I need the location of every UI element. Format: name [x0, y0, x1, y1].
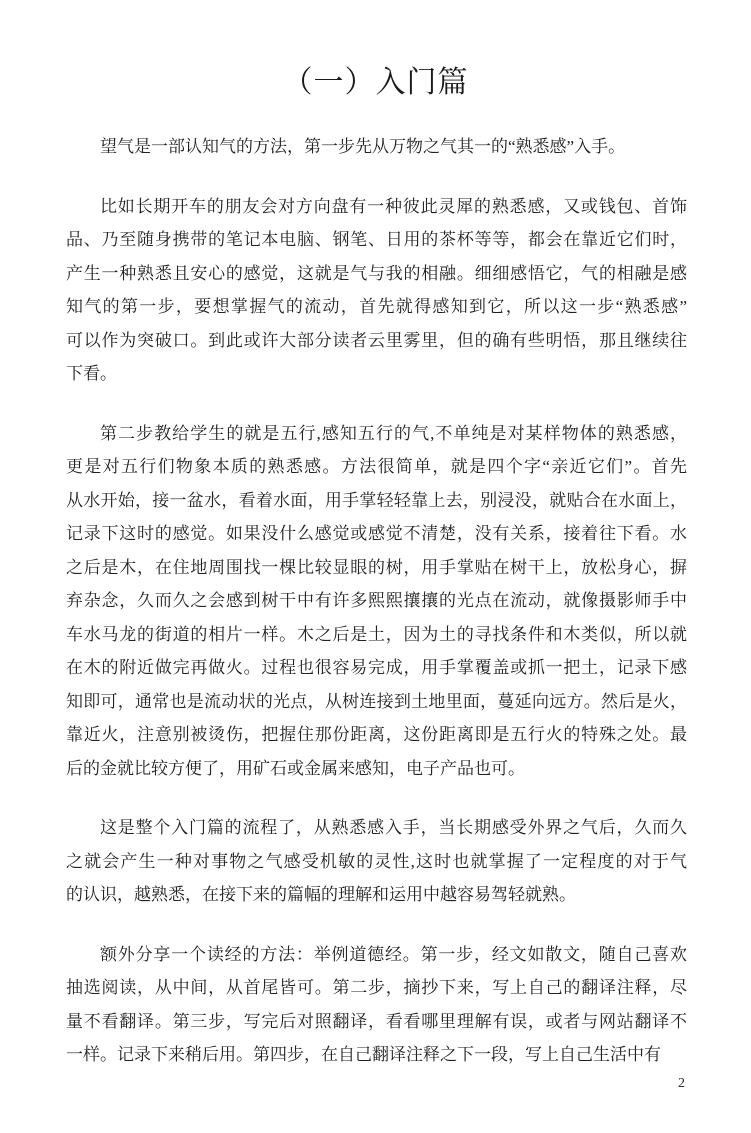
document-page: （一）入门篇 望气是一部认知气的方法，第一步先从万物之气其一的“熟悉感”入手。比… — [0, 0, 751, 1133]
page-title: （一）入门篇 — [0, 0, 751, 103]
text-line: 一样。记录下来稍后用。第四步，在自己翻译注释之下一段，写上自己生活中有 — [66, 1038, 687, 1072]
text-line: 从水开始，接一盆水，看着水面，用手掌轻轻靠上去，别浸没，就贴合在水面上， — [66, 484, 687, 518]
text-line: 靠近火，注意别被烫伤，把握住那份距离，这份距离即是五行火的特殊之处。最 — [66, 718, 687, 752]
text-line: 这是整个入门篇的流程了，从熟悉感入手，当长期感受外界之气后，久而久 — [66, 811, 687, 845]
document-body: 望气是一部认知气的方法，第一步先从万物之气其一的“熟悉感”入手。比如长期开车的朋… — [0, 130, 751, 1072]
text-line: 可以作为突破口。到此或许大部分读者云里雾里，但的确有些明悟，那且继续往 — [66, 324, 687, 358]
text-line: 车水马龙的街道的相片一样。木之后是土，因为土的寻找条件和木类似，所以就 — [66, 618, 687, 652]
paragraph: 这是整个入门篇的流程了，从熟悉感入手，当长期感受外界之气后，久而久之就会产生一种… — [66, 811, 687, 912]
text-line: 之后是木，在住地周围找一棵比较显眼的树，用手掌贴在树干上，放松身心，摒 — [66, 551, 687, 585]
text-line: 的认识，越熟悉，在接下来的篇幅的理解和运用中越容易驾轻就熟。 — [66, 878, 687, 912]
text-line: 下看。 — [66, 357, 687, 391]
text-line: 知气的第一步，要想掌握气的流动，首先就得感知到它，所以这一步“熟悉感” — [66, 290, 687, 324]
text-line: 之就会产生一种对事物之气感受机敏的灵性,这时也就掌握了一定程度的对于气 — [66, 845, 687, 879]
paragraph: 比如长期开车的朋友会对方向盘有一种彼此灵犀的熟悉感，又或钱包、首饰品、乃至随身携… — [66, 190, 687, 391]
text-line: 比如长期开车的朋友会对方向盘有一种彼此灵犀的熟悉感，又或钱包、首饰 — [66, 190, 687, 224]
text-line: 记录下这时的感觉。如果没什么感觉或感觉不清楚，没有关系，接着往下看。水 — [66, 517, 687, 551]
text-line: 产生一种熟悉且安心的感觉，这就是气与我的相融。细细感悟它，气的相融是感 — [66, 257, 687, 291]
text-line: 量不看翻译。第三步，写完后对照翻译，看看哪里理解有误，或者与网站翻译不 — [66, 1005, 687, 1039]
text-line: 品、乃至随身携带的笔记本电脑、钢笔、日用的茶杯等等，都会在靠近它们时， — [66, 223, 687, 257]
text-line: 后的金就比较方便了，用矿石或金属来感知，电子产品也可。 — [66, 752, 687, 786]
paragraph: 第二步教给学生的就是五行,感知五行的气,不单纯是对某样物体的熟悉感，更是对五行们… — [66, 417, 687, 786]
text-line: 知即可，通常也是流动状的光点，从树连接到土地里面，蔓延向远方。然后是火， — [66, 685, 687, 719]
text-line: 弃杂念，久而久之会感到树干中有许多熙熙攘攘的光点在流动，就像摄影师手中 — [66, 584, 687, 618]
text-line: 第二步教给学生的就是五行,感知五行的气,不单纯是对某样物体的熟悉感， — [66, 417, 687, 451]
page-number: 2 — [678, 1074, 685, 1094]
text-line: 抽选阅读，从中间，从首尾皆可。第二步，摘抄下来，写上自己的翻译注释，尽 — [66, 971, 687, 1005]
text-line: 额外分享一个读经的方法：举例道德经。第一步，经文如散文，随自己喜欢 — [66, 938, 687, 972]
text-line: 更是对五行们物象本质的熟悉感。方法很简单，就是四个字“亲近它们”。首先 — [66, 450, 687, 484]
text-line: 望气是一部认知气的方法，第一步先从万物之气其一的“熟悉感”入手。 — [66, 130, 687, 164]
text-line: 在木的附近做完再做火。过程也很容易完成，用手掌覆盖或抓一把土，记录下感 — [66, 651, 687, 685]
paragraph: 额外分享一个读经的方法：举例道德经。第一步，经文如散文，随自己喜欢抽选阅读，从中… — [66, 938, 687, 1072]
paragraph: 望气是一部认知气的方法，第一步先从万物之气其一的“熟悉感”入手。 — [66, 130, 687, 164]
